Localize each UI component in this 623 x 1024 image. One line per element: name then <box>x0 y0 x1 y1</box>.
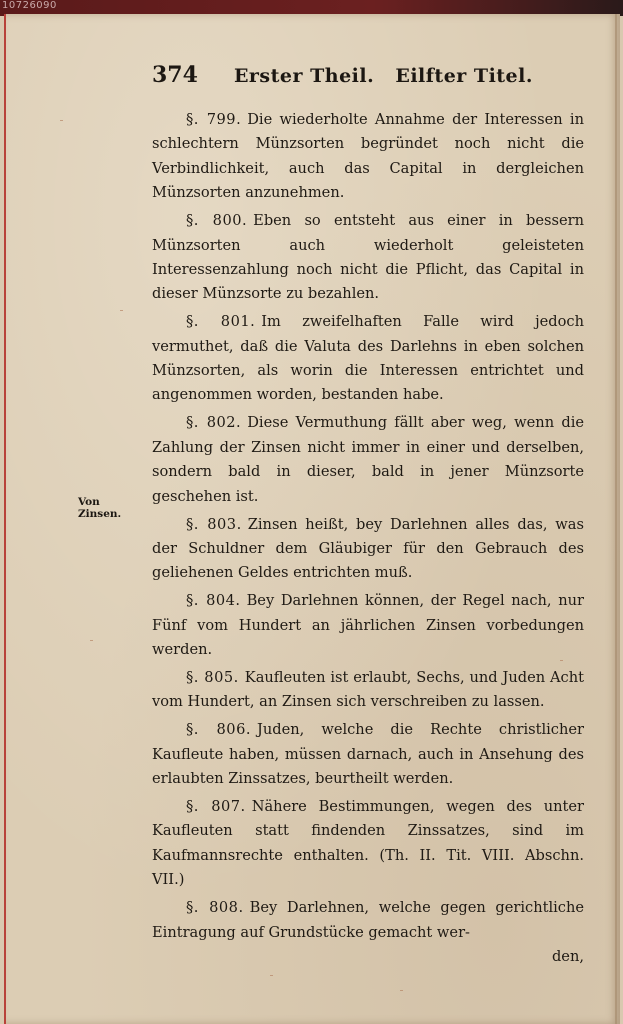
page-header: 374 Erster Theil. Eilfter Titel. <box>152 62 533 92</box>
section-number: §. 802. <box>186 414 241 431</box>
paper-fiber <box>120 310 123 311</box>
section-number: §. 799. <box>186 111 241 128</box>
running-head-title: Eilfter Titel. <box>395 65 533 87</box>
section-number: §. 800. <box>186 212 247 229</box>
paragraph-804: §. 804.Bey Darlehnen können, der Regel n… <box>152 589 584 662</box>
paragraph-801: §. 801.Im zweifelhaften Falle wird jedoc… <box>152 310 584 408</box>
page-edge <box>615 14 617 1024</box>
paper-fiber <box>400 990 403 991</box>
paragraph-808: §. 808.Bey Darlehnen, welche gegen geric… <box>152 896 584 969</box>
section-number: §. 801. <box>186 313 255 330</box>
page-number: 374 <box>152 62 198 88</box>
paper-fiber <box>60 120 63 121</box>
paragraph-805: §. 805.Kaufleuten ist erlaubt, Sechs, un… <box>152 666 584 715</box>
body-text: §. 799.Die wiederholte Annahme der Inter… <box>152 108 584 973</box>
paragraph-799: §. 799.Die wiederholte Annahme der Inter… <box>152 108 584 206</box>
paragraph-803: §. 803.Zinsen heißt, bey Darlehnen alles… <box>152 513 584 586</box>
section-number: §. 807. <box>186 798 246 815</box>
paragraph-806: §. 806.Juden, welche die Rechte christli… <box>152 718 584 791</box>
section-number: §. 803. <box>186 516 242 533</box>
scan-id: 10726090 <box>2 0 57 12</box>
section-number: §. 806. <box>186 721 251 738</box>
running-head-part: Erster Theil. <box>234 65 374 87</box>
paper-fiber <box>90 640 93 641</box>
paragraph-807: §. 807.Nähere Bestimmungen, wegen des un… <box>152 795 584 893</box>
paragraph-800: §. 800.Eben so entsteht aus einer in bes… <box>152 209 584 307</box>
margin-note: Von Zinsen. <box>78 496 142 520</box>
paper-fiber <box>270 975 273 976</box>
section-number: §. 808. <box>186 899 244 916</box>
paragraph-802: §. 802.Diese Vermuthung fällt aber weg, … <box>152 411 584 509</box>
paper-fiber <box>560 660 563 661</box>
running-head: Erster Theil. Eilfter Titel. <box>234 65 533 87</box>
catchword: den, <box>152 945 584 969</box>
section-number: §. 805. <box>186 669 239 686</box>
section-number: §. 804. <box>186 592 241 609</box>
